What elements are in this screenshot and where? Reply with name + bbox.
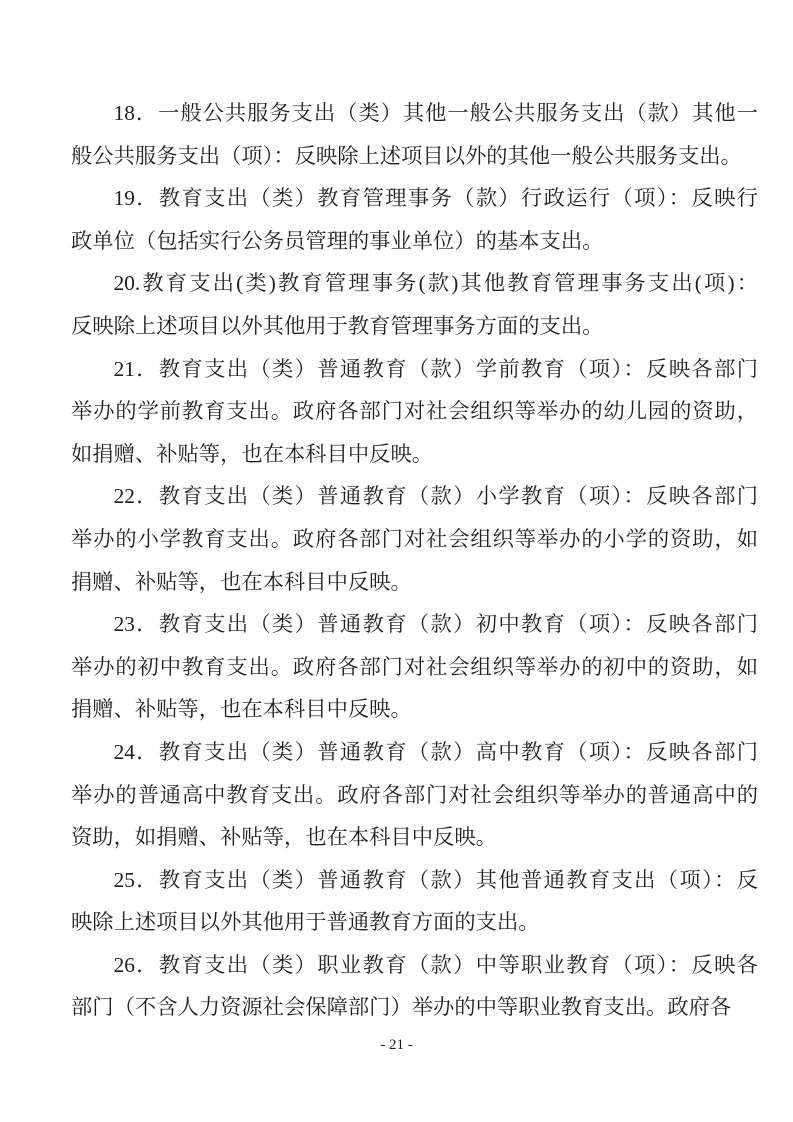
item-22: 22．教育支出（类）普通教育（款）小学教育（项）：反映各部门举办的小学教育支出。… <box>71 475 758 603</box>
item-24-line-1: 24．教育支出（类）普通教育（款）高中教育（项）：反映各部门 <box>71 731 758 774</box>
item-23-line-2: 举办的初中教育支出。政府各部门对社会组织等举办的初中的资助，如 <box>71 646 758 689</box>
item-22-line-2: 举办的小学教育支出。政府各部门对社会组织等举办的小学的资助，如 <box>71 518 758 561</box>
item-26: 26．教育支出（类）职业教育（款）中等职业教育（项）：反映各部门（不含人力资源社… <box>71 944 758 1029</box>
page-number: - 21 - <box>0 1035 793 1055</box>
item-22-line-1: 22．教育支出（类）普通教育（款）小学教育（项）：反映各部门 <box>71 475 758 518</box>
document-body: 18．一般公共服务支出（类）其他一般公共服务支出（款）其他一般公共服务支出（项）… <box>71 92 758 1029</box>
item-25-line-2: 映除上述项目以外其他用于普通教育方面的支出。 <box>71 901 758 944</box>
item-26-line-1: 26．教育支出（类）职业教育（款）中等职业教育（项）：反映各 <box>71 944 758 987</box>
item-26-line-2: 部门（不含人力资源社会保障部门）举办的中等职业教育支出。政府各 <box>71 986 758 1029</box>
item-24: 24．教育支出（类）普通教育（款）高中教育（项）：反映各部门举办的普通高中教育支… <box>71 731 758 859</box>
item-22-line-3: 捐赠、补贴等，也在本科目中反映。 <box>71 561 758 604</box>
item-25: 25．教育支出（类）普通教育（款）其他普通教育支出（项）：反映除上述项目以外其他… <box>71 859 758 944</box>
item-23-line-3: 捐赠、补贴等，也在本科目中反映。 <box>71 688 758 731</box>
item-18-line-1: 18．一般公共服务支出（类）其他一般公共服务支出（款）其他一 <box>71 92 758 135</box>
item-20: 20.教育支出(类)教育管理事务(款)其他教育管理事务支出(项)：反映除上述项目… <box>71 262 758 347</box>
item-24-line-2: 举办的普通高中教育支出。政府各部门对社会组织等举办的普通高中的 <box>71 774 758 817</box>
item-18-line-2: 般公共服务支出（项）：反映除上述项目以外的其他一般公共服务支出。 <box>71 135 758 178</box>
item-21-line-2: 举办的学前教育支出。政府各部门对社会组织等举办的幼儿园的资助， <box>71 390 758 433</box>
item-23-line-1: 23．教育支出（类）普通教育（款）初中教育（项）：反映各部门 <box>71 603 758 646</box>
item-24-line-3: 资助，如捐赠、补贴等，也在本科目中反映。 <box>71 816 758 859</box>
item-19-line-2: 政单位（包括实行公务员管理的事业单位）的基本支出。 <box>71 220 758 263</box>
item-21-line-3: 如捐赠、补贴等，也在本科目中反映。 <box>71 433 758 476</box>
item-18: 18．一般公共服务支出（类）其他一般公共服务支出（款）其他一般公共服务支出（项）… <box>71 92 758 177</box>
item-21-line-1: 21．教育支出（类）普通教育（款）学前教育（项）：反映各部门 <box>71 348 758 391</box>
item-20-line-2: 反映除上述项目以外其他用于教育管理事务方面的支出。 <box>71 305 758 348</box>
item-23: 23．教育支出（类）普通教育（款）初中教育（项）：反映各部门举办的初中教育支出。… <box>71 603 758 731</box>
item-19: 19．教育支出（类）教育管理事务（款）行政运行（项）：反映行政单位（包括实行公务… <box>71 177 758 262</box>
item-25-line-1: 25．教育支出（类）普通教育（款）其他普通教育支出（项）：反 <box>71 859 758 902</box>
item-19-line-1: 19．教育支出（类）教育管理事务（款）行政运行（项）：反映行 <box>71 177 758 220</box>
item-21: 21．教育支出（类）普通教育（款）学前教育（项）：反映各部门举办的学前教育支出。… <box>71 348 758 476</box>
item-20-line-1: 20.教育支出(类)教育管理事务(款)其他教育管理事务支出(项)： <box>71 262 758 305</box>
document-page: 18．一般公共服务支出（类）其他一般公共服务支出（款）其他一般公共服务支出（项）… <box>0 0 793 1122</box>
